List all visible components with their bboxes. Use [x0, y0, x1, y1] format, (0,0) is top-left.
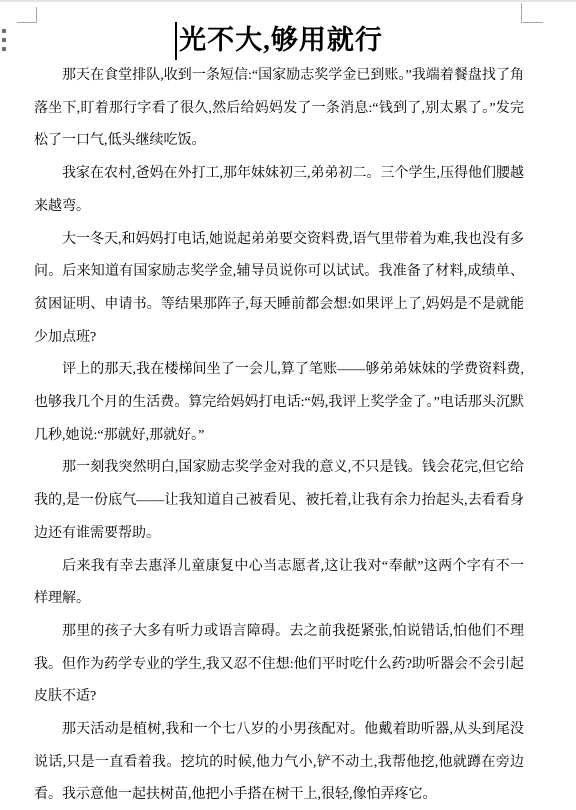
window-chrome-edge [0, 0, 576, 2]
document-page[interactable]: 光不大,够用就行 那天在食堂排队,收到一条短信:“国家励志奖学金已到账。”我端着… [34, 20, 524, 810]
crop-mark-top-right-horizontal [521, 22, 543, 23]
paragraph[interactable]: 那里的孩子大多有听力或语言障碍。去之前我挺紧张,怕说错话,怕他们不理我。但作为药… [34, 616, 524, 714]
paragraph[interactable]: 大一冬天,和妈妈打电话,她说起弟弟要交资料费,语气里带着为难,我也没有多问。后来… [34, 224, 524, 355]
paragraph[interactable]: 评上的那天,我在楼梯间坐了一会儿,算了笔账——够弟弟妹妹的学费资料费,也够我几个… [34, 354, 524, 452]
paragraph[interactable]: 那天活动是植树,我和一个七八岁的小男孩配对。他戴着助听器,从头到尾没说话,只是一… [34, 714, 524, 810]
paragraph[interactable]: 那天在食堂排队,收到一条短信:“国家励志奖学金已到账。”我端着餐盘找了角落坐下,… [34, 60, 524, 158]
paragraph[interactable]: 我家在农村,爸妈在外打工,那年妹妹初三,弟弟初二。三个学生,压得他们腰越来越弯。 [34, 158, 524, 223]
handle-dot [2, 38, 6, 42]
paragraph[interactable]: 后来我有幸去惠泽儿童康复中心当志愿者,这让我对“奉献”这两个字有不一样理解。 [34, 551, 524, 616]
handle-dot [2, 47, 6, 51]
document-title-line[interactable]: 光不大,够用就行 [34, 20, 524, 60]
document-body[interactable]: 那天在食堂排队,收到一条短信:“国家励志奖学金已到账。”我端着餐盘找了角落坐下,… [34, 60, 524, 810]
text-cursor [175, 22, 177, 60]
handle-dot [2, 29, 6, 33]
document-title-text[interactable]: 光不大,够用就行 [179, 25, 383, 55]
paragraph[interactable]: 那一刻我突然明白,国家励志奖学金对我的意义,不只是钱。钱会花完,但它给我的,是一… [34, 452, 524, 550]
vertical-ellipsis-handle-icon[interactable] [2, 29, 8, 51]
